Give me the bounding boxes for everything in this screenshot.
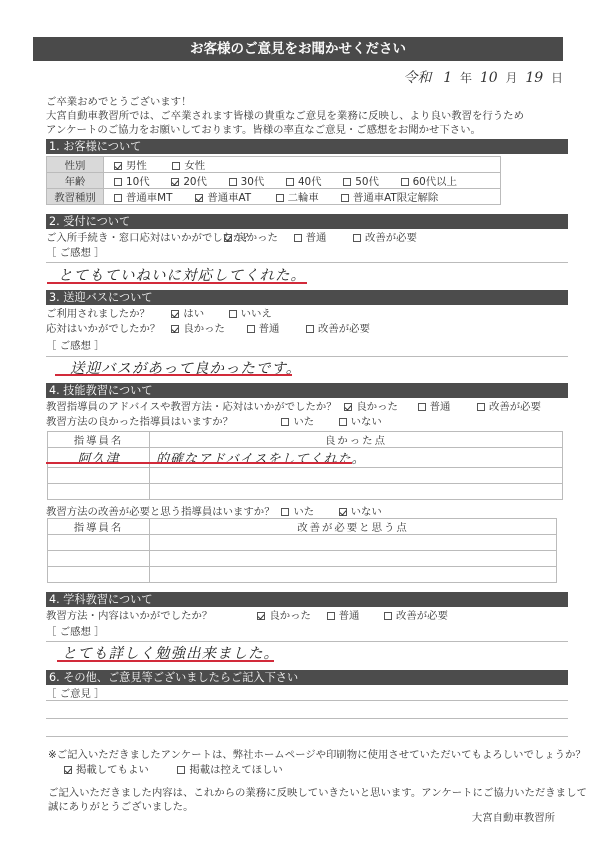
checkbox-checked-icon[interactable] xyxy=(339,508,347,516)
gender-label: 性別 xyxy=(47,157,104,173)
comment-line[interactable] xyxy=(46,718,568,719)
option-label: 60代以上 xyxy=(413,176,457,188)
option-label: 男性 xyxy=(126,160,147,172)
checkbox-icon[interactable] xyxy=(177,766,185,774)
other-comment-label: ［ ご意見 ］ xyxy=(46,687,105,701)
option-publish-ok[interactable]: 掲載してもよい xyxy=(64,763,174,777)
good-points-cell[interactable] xyxy=(150,484,563,500)
table-row: 阿久津 的確なアドバイスをしてくれた。 xyxy=(48,448,563,468)
academic-question-row: 教習方法・内容はいかがでしたか？ 良かった 普通 改善が必要 xyxy=(46,609,448,623)
instructor-name-cell[interactable] xyxy=(48,484,150,500)
option-label: いない xyxy=(351,416,382,428)
month-label: 月 xyxy=(505,71,517,85)
course-row: 教習種別 普通車MT 普通車AT 二輪車 普通車AT限定解除 xyxy=(47,189,501,205)
option-label: 掲載は控えてほしい xyxy=(189,764,283,776)
section-other-header: 6. その他、ご意見等ございましたらご記入下さい xyxy=(46,670,568,685)
underline xyxy=(47,282,307,284)
option-normal[interactable]: 普通 xyxy=(247,322,303,336)
option-needs-improvement[interactable]: 改善が必要 xyxy=(306,322,370,336)
option-normal[interactable]: 普通 xyxy=(418,400,474,414)
checkbox-icon[interactable] xyxy=(281,418,289,426)
intro-text: ご卒業おめでとうございます！ 大宮自動車教習所では、ご卒業されます皆様の貴重なご… xyxy=(46,95,524,137)
option-label: いいえ xyxy=(241,308,272,320)
year-label: 年 xyxy=(460,71,472,85)
option-label: 50代 xyxy=(355,176,379,188)
consent-question: ※ご記入いただきましたアンケートは、弊社ホームページや印刷物に使用させていただい… xyxy=(48,748,586,762)
academic-question: 教習方法・内容はいかがでしたか？ xyxy=(46,609,254,623)
practical-q1: 教習指導員のアドバイスや教習方法・応対はいかがでしたか？ xyxy=(46,400,341,414)
practical-q3: 教習方法の改善が必要と思う指導員はいますか？ xyxy=(46,505,278,519)
date: 令和 1 年 10 月 19 日 xyxy=(399,67,563,87)
option-present[interactable]: いた xyxy=(281,505,335,519)
option-50s[interactable]: 50代 xyxy=(343,173,397,188)
comment-line[interactable] xyxy=(46,736,568,737)
improve-points-cell[interactable] xyxy=(150,535,557,551)
checkbox-checked-icon[interactable] xyxy=(195,194,203,202)
option-label: 掲載してもよい xyxy=(76,764,149,776)
option-label: 普通 xyxy=(259,323,280,335)
practical-q2: 教習方法の良かった指導員はいますか？ xyxy=(46,415,278,429)
checkbox-icon[interactable] xyxy=(353,234,361,242)
course-label: 教習種別 xyxy=(47,189,104,205)
checkbox-checked-icon[interactable] xyxy=(257,612,265,620)
reception-question-row: ご入所手続き・窓口応対はいかがでしたか？ 良かった 普通 改善が必要 xyxy=(46,231,417,245)
checkbox-icon[interactable] xyxy=(327,612,335,620)
consent-options: 掲載してもよい 掲載は控えてほしい xyxy=(64,763,283,777)
option-good[interactable]: 良かった xyxy=(344,400,414,414)
option-mt[interactable]: 普通車MT xyxy=(114,189,192,204)
checkbox-checked-icon[interactable] xyxy=(224,234,232,242)
option-label: 20代 xyxy=(183,176,207,188)
checkbox-icon[interactable] xyxy=(384,612,392,620)
option-label: はい xyxy=(183,308,204,320)
underline xyxy=(57,660,274,662)
option-label: 普通車MT xyxy=(126,192,172,204)
option-good[interactable]: 良かった xyxy=(257,609,323,623)
instructor-name-cell[interactable] xyxy=(48,567,150,583)
option-label: 改善が必要 xyxy=(318,323,370,335)
option-label: 40代 xyxy=(298,176,322,188)
option-label: いた xyxy=(293,416,314,428)
option-normal[interactable]: 普通 xyxy=(327,609,381,623)
checkbox-icon[interactable] xyxy=(229,310,237,318)
instructor-name-cell[interactable]: 阿久津 xyxy=(48,448,150,468)
option-female[interactable]: 女性 xyxy=(172,157,205,172)
option-needs-improvement[interactable]: 改善が必要 xyxy=(477,400,541,414)
option-label: 良かった xyxy=(183,323,225,335)
checkbox-checked-icon[interactable] xyxy=(114,162,122,170)
option-label: 普通 xyxy=(306,232,327,244)
checkbox-icon[interactable] xyxy=(418,403,426,411)
option-30s[interactable]: 30代 xyxy=(229,173,283,188)
option-needs-improvement[interactable]: 改善が必要 xyxy=(353,231,417,245)
option-normal[interactable]: 普通 xyxy=(294,231,350,245)
bus-service-question: 応対はいかがでしたか？ xyxy=(46,322,168,336)
option-label: 良かった xyxy=(236,232,278,244)
option-at[interactable]: 普通車AT xyxy=(195,189,272,204)
option-needs-improvement[interactable]: 改善が必要 xyxy=(384,609,448,623)
thanks-line-1: ご記入いただきました内容は、これからの業務に反映していきたいと思います。アンケー… xyxy=(48,786,587,800)
option-label: 改善が必要 xyxy=(489,401,541,413)
table-row xyxy=(48,567,557,583)
instructor-name-cell[interactable] xyxy=(48,468,150,484)
intro-line: アンケートのご協力をお願いしております。皆様の率直なご意見・ご感想をお聞かせ下さ… xyxy=(46,123,524,137)
age-row: 年齢 10代 20代 30代 40代 50代 60代以上 xyxy=(47,173,501,189)
underline xyxy=(46,462,352,464)
checkbox-icon[interactable] xyxy=(477,403,485,411)
checkbox-icon[interactable] xyxy=(229,178,237,186)
option-good[interactable]: 良かった xyxy=(224,231,290,245)
thanks-line-2: 誠にありがとうございました。 xyxy=(48,800,193,814)
checkbox-icon[interactable] xyxy=(339,418,347,426)
option-publish-no[interactable]: 掲載は控えてほしい xyxy=(177,763,283,777)
option-at-limit-release[interactable]: 普通車AT限定解除 xyxy=(341,189,438,204)
option-label: いない xyxy=(351,506,382,518)
checkbox-icon[interactable] xyxy=(341,194,349,202)
option-label: 良かった xyxy=(356,401,398,413)
option-yes[interactable]: はい xyxy=(171,307,225,321)
section-academic-header: 4. 学科教習について xyxy=(46,592,568,607)
option-label: 改善が必要 xyxy=(396,610,448,622)
table-header: 指導員名 改善が必要と思う点 xyxy=(48,519,557,535)
reception-comment-label: ［ ご感想 ］ xyxy=(46,246,105,260)
checkbox-checked-icon[interactable] xyxy=(171,310,179,318)
good-instructor-table: 指導員名 良かった点 阿久津 的確なアドバイスをしてくれた。 xyxy=(47,431,563,500)
underline xyxy=(55,374,292,376)
checkbox-icon[interactable] xyxy=(401,178,409,186)
section-bus-header: 3. 送迎バスについて xyxy=(46,290,568,305)
date-month[interactable]: 10 xyxy=(480,70,498,86)
age-label: 年齢 xyxy=(47,173,104,189)
checkbox-icon[interactable] xyxy=(294,234,302,242)
option-label: 普通 xyxy=(430,401,451,413)
comment-line[interactable] xyxy=(46,700,568,701)
bus-usage-row: ご利用されましたか？ はい いいえ xyxy=(46,307,272,321)
table-header: 指導員名 良かった点 xyxy=(48,432,563,448)
option-male[interactable]: 男性 xyxy=(114,157,169,172)
checkbox-icon[interactable] xyxy=(114,178,122,186)
checkbox-icon[interactable] xyxy=(306,325,314,333)
practical-q1-row: 教習指導員のアドバイスや教習方法・応対はいかがでしたか？ 良かった 普通 改善が… xyxy=(46,400,541,414)
option-label: 二輪車 xyxy=(288,192,319,204)
academic-comment-label: ［ ご感想 ］ xyxy=(46,625,105,639)
instructor-name-header: 指導員名 xyxy=(48,432,150,448)
practical-q3-row: 教習方法の改善が必要と思う指導員はいますか？ いた いない xyxy=(46,505,382,519)
good-points-cell[interactable] xyxy=(150,468,563,484)
intro-line: 大宮自動車教習所では、ご卒業されます皆様の貴重なご意見を業務に反映し、より良い教… xyxy=(46,109,524,123)
good-points-cell[interactable]: 的確なアドバイスをしてくれた。 xyxy=(150,448,563,468)
option-motorcycle[interactable]: 二輪車 xyxy=(276,189,338,204)
bus-comment-label: ［ ご感想 ］ xyxy=(46,339,105,353)
option-label: 良かった xyxy=(269,610,311,622)
signature: 大宮自動車教習所 xyxy=(472,811,555,825)
option-no[interactable]: いいえ xyxy=(229,307,272,321)
bus-usage-question: ご利用されましたか？ xyxy=(46,307,168,321)
instructor-name-cell[interactable] xyxy=(48,551,150,567)
divider xyxy=(46,262,568,263)
improve-points-cell[interactable] xyxy=(150,551,557,567)
option-label: 女性 xyxy=(184,160,205,172)
option-label: 改善が必要 xyxy=(365,232,417,244)
date-year[interactable]: 1 xyxy=(443,70,452,86)
improve-instructor-table: 指導員名 改善が必要と思う点 xyxy=(47,518,557,583)
gender-row: 性別 男性 女性 xyxy=(47,157,501,173)
instructor-name-cell[interactable] xyxy=(48,535,150,551)
section-practical-header: 4. 技能教習について xyxy=(46,383,568,398)
table-row xyxy=(48,535,557,551)
checkbox-icon[interactable] xyxy=(286,178,294,186)
option-label: いた xyxy=(293,506,314,518)
checkbox-checked-icon[interactable] xyxy=(171,325,179,333)
practical-q2-row: 教習方法の良かった指導員はいますか？ いた いない xyxy=(46,415,382,429)
section-reception-header: 2. 受付について xyxy=(46,214,568,229)
date-day[interactable]: 19 xyxy=(525,70,543,86)
improve-points-header: 改善が必要と思う点 xyxy=(150,519,557,535)
option-label: 普通車AT限定解除 xyxy=(353,192,438,204)
option-10s[interactable]: 10代 xyxy=(114,173,168,188)
table-row xyxy=(48,468,563,484)
good-points-header: 良かった点 xyxy=(150,432,563,448)
checkbox-icon[interactable] xyxy=(172,162,180,170)
option-60s-plus[interactable]: 60代以上 xyxy=(401,173,457,188)
option-label: 10代 xyxy=(126,176,150,188)
checkbox-icon[interactable] xyxy=(247,325,255,333)
instructor-name-header: 指導員名 xyxy=(48,519,150,535)
checkbox-icon[interactable] xyxy=(114,194,122,202)
option-absent[interactable]: いない xyxy=(339,415,382,429)
reception-question: ご入所手続き・窓口応対はいかがでしたか？ xyxy=(46,231,221,245)
checkbox-checked-icon[interactable] xyxy=(171,178,179,186)
intro-line: ご卒業おめでとうございます！ xyxy=(46,95,524,109)
form-title: お客様のご意見をお聞かせください xyxy=(33,37,563,61)
option-absent[interactable]: いない xyxy=(339,505,382,519)
checkbox-icon[interactable] xyxy=(281,508,289,516)
option-label: 普通 xyxy=(339,610,360,622)
date-era[interactable]: 令和 xyxy=(403,70,431,86)
checkbox-checked-icon[interactable] xyxy=(344,403,352,411)
improve-points-cell[interactable] xyxy=(150,567,557,583)
option-20s[interactable]: 20代 xyxy=(171,173,225,188)
section-customer-header: 1. お客様について xyxy=(46,139,568,154)
checkbox-checked-icon[interactable] xyxy=(64,766,72,774)
checkbox-icon[interactable] xyxy=(343,178,351,186)
option-label: 普通車AT xyxy=(207,192,251,204)
bus-service-row: 応対はいかがでしたか？ 良かった 普通 改善が必要 xyxy=(46,322,370,336)
option-40s[interactable]: 40代 xyxy=(286,173,340,188)
day-label: 日 xyxy=(551,71,563,85)
checkbox-icon[interactable] xyxy=(276,194,284,202)
option-label: 30代 xyxy=(241,176,265,188)
table-row xyxy=(48,551,557,567)
table-row xyxy=(48,484,563,500)
option-present[interactable]: いた xyxy=(281,415,335,429)
option-good[interactable]: 良かった xyxy=(171,322,243,336)
customer-info-table: 性別 男性 女性 年齢 10代 20代 30代 40代 50代 60代以上 教習… xyxy=(46,156,501,205)
